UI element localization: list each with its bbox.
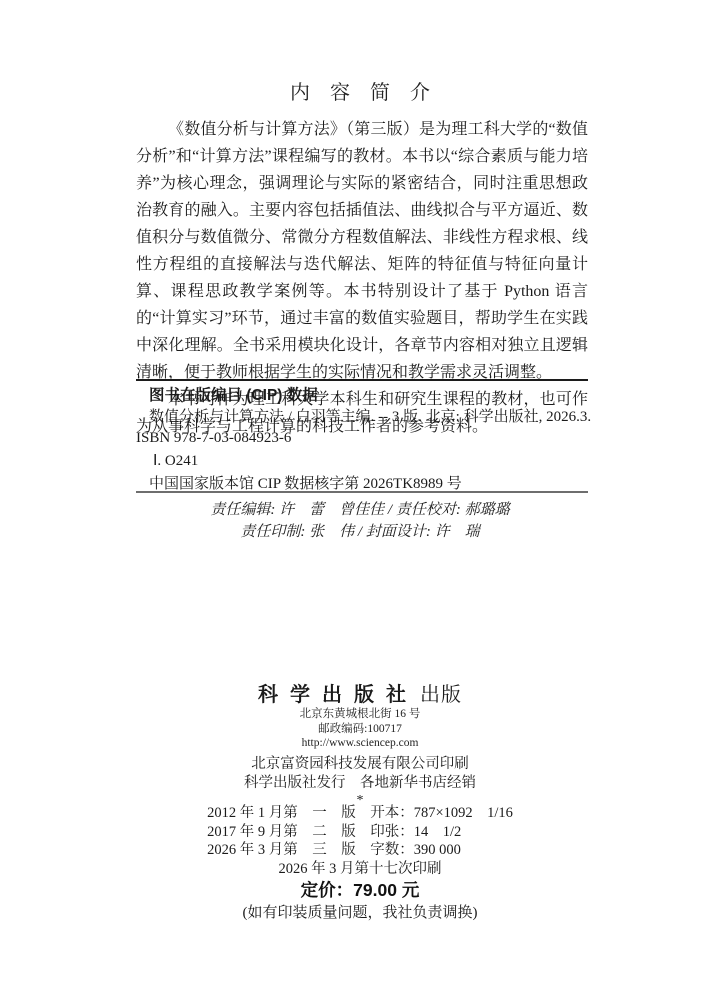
printing-line: 2026 年 3 月第十七次印刷: [207, 860, 513, 879]
edition-row-2: 2017 年 9 月第 二 版 印张：14 1/2: [207, 823, 513, 842]
publisher-name-suffix: 出版: [420, 684, 462, 706]
publisher-postcode: 邮政编码:100717: [0, 722, 720, 737]
price-line: 定价：79.00 元: [0, 879, 720, 901]
staff-editors-line: 责任编辑: 许 蕾 曾佳佳 / 责任校对: 郝璐璐: [0, 499, 720, 521]
edition-block: 2012 年 1 月第 一 版 开本：787×1092 1/16 2017 年 …: [0, 804, 720, 878]
edition-row-1: 2012 年 1 月第 一 版 开本：787×1092 1/16: [207, 804, 513, 823]
cip-record-line: 数值分析与计算方法 / 白羽等主编. -- 3 版. 北京: 科学出版社, 20…: [136, 407, 606, 428]
edition-row-3: 2026 年 3 月第 三 版 字数：390 000: [207, 841, 513, 860]
printer-line: 北京富资园科技发展有限公司印刷: [0, 755, 720, 774]
cip-block: 图书在版编目 (CIP) 数据 数值分析与计算方法 / 白羽等主编. -- 3 …: [136, 385, 606, 495]
copyright-page: 内 容 简 介 《数值分析与计算方法》（第三版）是为理工科大学的“数值分析”和“…: [0, 0, 720, 1000]
publisher-block: 科学出版社出版 北京东黄城根北街 16 号 邮政编码:100717 http:/…: [0, 683, 720, 808]
divider-top: [136, 379, 588, 381]
staff-production-line: 责任印制: 张 伟 / 封面设计: 许 瑞: [0, 521, 720, 543]
cip-isbn-line: ISBN 978-7-03-084923-6: [136, 428, 606, 449]
publisher-address: 北京东黄城根北街 16 号: [0, 707, 720, 722]
edition-table: 2012 年 1 月第 一 版 开本：787×1092 1/16 2017 年 …: [207, 804, 513, 878]
publisher-name-line: 科学出版社出版: [0, 683, 720, 707]
divider-bottom: [136, 491, 588, 493]
staff-block: 责任编辑: 许 蕾 曾佳佳 / 责任校对: 郝璐璐 责任印制: 张 伟 / 封面…: [0, 499, 720, 543]
intro-paragraph-1: 《数值分析与计算方法》（第三版）是为理工科大学的“数值分析”和“计算方法”课程编…: [136, 116, 588, 386]
quality-note: (如有印装质量问题，我社负责调换): [0, 903, 720, 924]
publisher-website: http://www.sciencep.com: [0, 736, 720, 751]
cip-classification-line: Ⅰ. O241: [136, 451, 606, 472]
distribution-line: 科学出版社发行 各地新华书店经销: [0, 774, 720, 793]
publisher-name: 科学出版社: [258, 684, 418, 706]
cip-heading: 图书在版编目 (CIP) 数据: [136, 385, 606, 406]
intro-heading: 内 容 简 介: [0, 76, 720, 105]
